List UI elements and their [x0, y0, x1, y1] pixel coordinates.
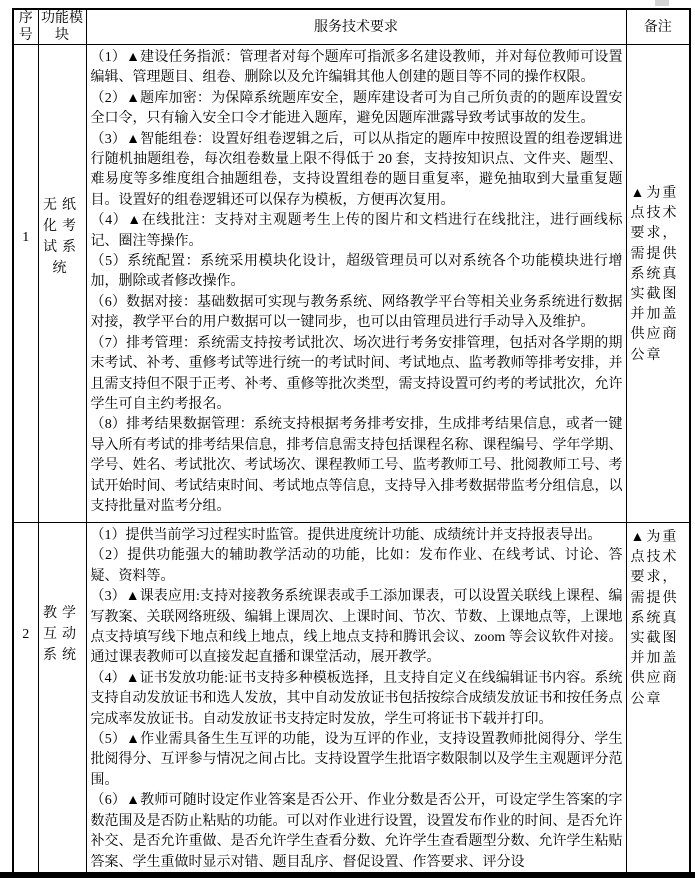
row-number: 2 — [13, 523, 38, 874]
requirement-item: （2）▲题库加密：为保障系统题库安全，题库建设者可为自己所负责的的题库设置安全口… — [91, 89, 623, 130]
header-col-module: 功能模块 — [38, 9, 86, 45]
requirement-item: （8）排考结果数据管理：系统支持根据考务排考安排，生成排考结果信息，或者一键导入… — [91, 415, 623, 517]
requirement-item: （4）▲证书发放功能:证书支持多种模板选择，且支持自定义在线编辑证书内容。系统支… — [91, 669, 623, 730]
requirement-item: （4）▲在线批注：支持对主观题考生上传的图片和文档进行在线批注，进行画线标记、圈… — [91, 211, 623, 252]
row-number: 1 — [13, 45, 38, 523]
requirement-item: （6）数据对接：基础数据可实现与教务系统、网络教学平台等相关业务系统进行数据对接… — [91, 293, 623, 334]
requirement-item: （5）▲作业需具备生生互评的功能，设为互评的作业，支持设置教师批阅得分、学生批阅… — [91, 730, 623, 791]
header-col-remark: 备注 — [626, 9, 690, 45]
remark-cell: ▲为重点技术要求，需提供系统真实截图并加盖供应商公章 — [626, 523, 690, 874]
header-col-requirements: 服务技术要求 — [86, 9, 626, 45]
requirement-item: （1）提供当前学习过程实时监管。提供进度统计功能、成绩统计并支持报表导出。 — [91, 526, 623, 546]
header-col-no: 序号 — [13, 9, 38, 45]
table-row: 1 无纸化考试系统 （1）▲建设任务指派：管理者对每个题库可指派多名建设教师，并… — [13, 45, 690, 523]
requirements-table: 序号 功能模块 服务技术要求 备注 1 无纸化考试系统 （1）▲建设任务指派：管… — [12, 8, 691, 875]
table-row: 2 教学互动系统 （1）提供当前学习过程实时监管。提供进度统计功能、成绩统计并支… — [13, 523, 690, 874]
requirement-item: （2）提供功能强大的辅助教学活动的功能，比如：发布作业、在线考试、讨论、答疑、资… — [91, 546, 623, 587]
module-name: 教学互动系统 — [38, 523, 86, 874]
screen-artifact — [655, 0, 669, 6]
remark-cell: ▲为重点技术要求，需提供系统真实截图并加盖供应商公章 — [626, 45, 690, 523]
page-bottom-edge — [0, 872, 695, 878]
requirements-cell: （1）▲建设任务指派：管理者对每个题库可指派多名建设教师，并对每位教师可设置编辑… — [86, 45, 626, 523]
requirements-cell: （1）提供当前学习过程实时监管。提供进度统计功能、成绩统计并支持报表导出。（2）… — [86, 523, 626, 874]
requirement-item: （3）▲课表应用:支持对接教务系统课表或手工添加课表，可以设置关联线上课程、编写… — [91, 587, 623, 669]
requirement-item: （5）系统配置：系统采用模块化设计，超级管理员可以对系统各个功能模块进行增加，删… — [91, 252, 623, 293]
requirement-item: （7）排考管理：系统需支持按考试批次、场次进行考务安排管理，包括对各学期的期末考… — [91, 334, 623, 416]
requirement-item: （3）▲智能组卷：设置好组卷逻辑之后，可以从指定的题库中按照设置的组卷逻辑进行随… — [91, 130, 623, 212]
module-name: 无纸化考试系统 — [38, 45, 86, 523]
requirement-item: （1）▲建设任务指派：管理者对每个题库可指派多名建设教师，并对每位教师可设置编辑… — [91, 48, 623, 89]
requirement-item: （6）▲教师可随时设定作业答案是否公开、作业分数是否公开，可设定学生答案的字数范… — [91, 791, 623, 873]
header-row: 序号 功能模块 服务技术要求 备注 — [13, 9, 690, 45]
